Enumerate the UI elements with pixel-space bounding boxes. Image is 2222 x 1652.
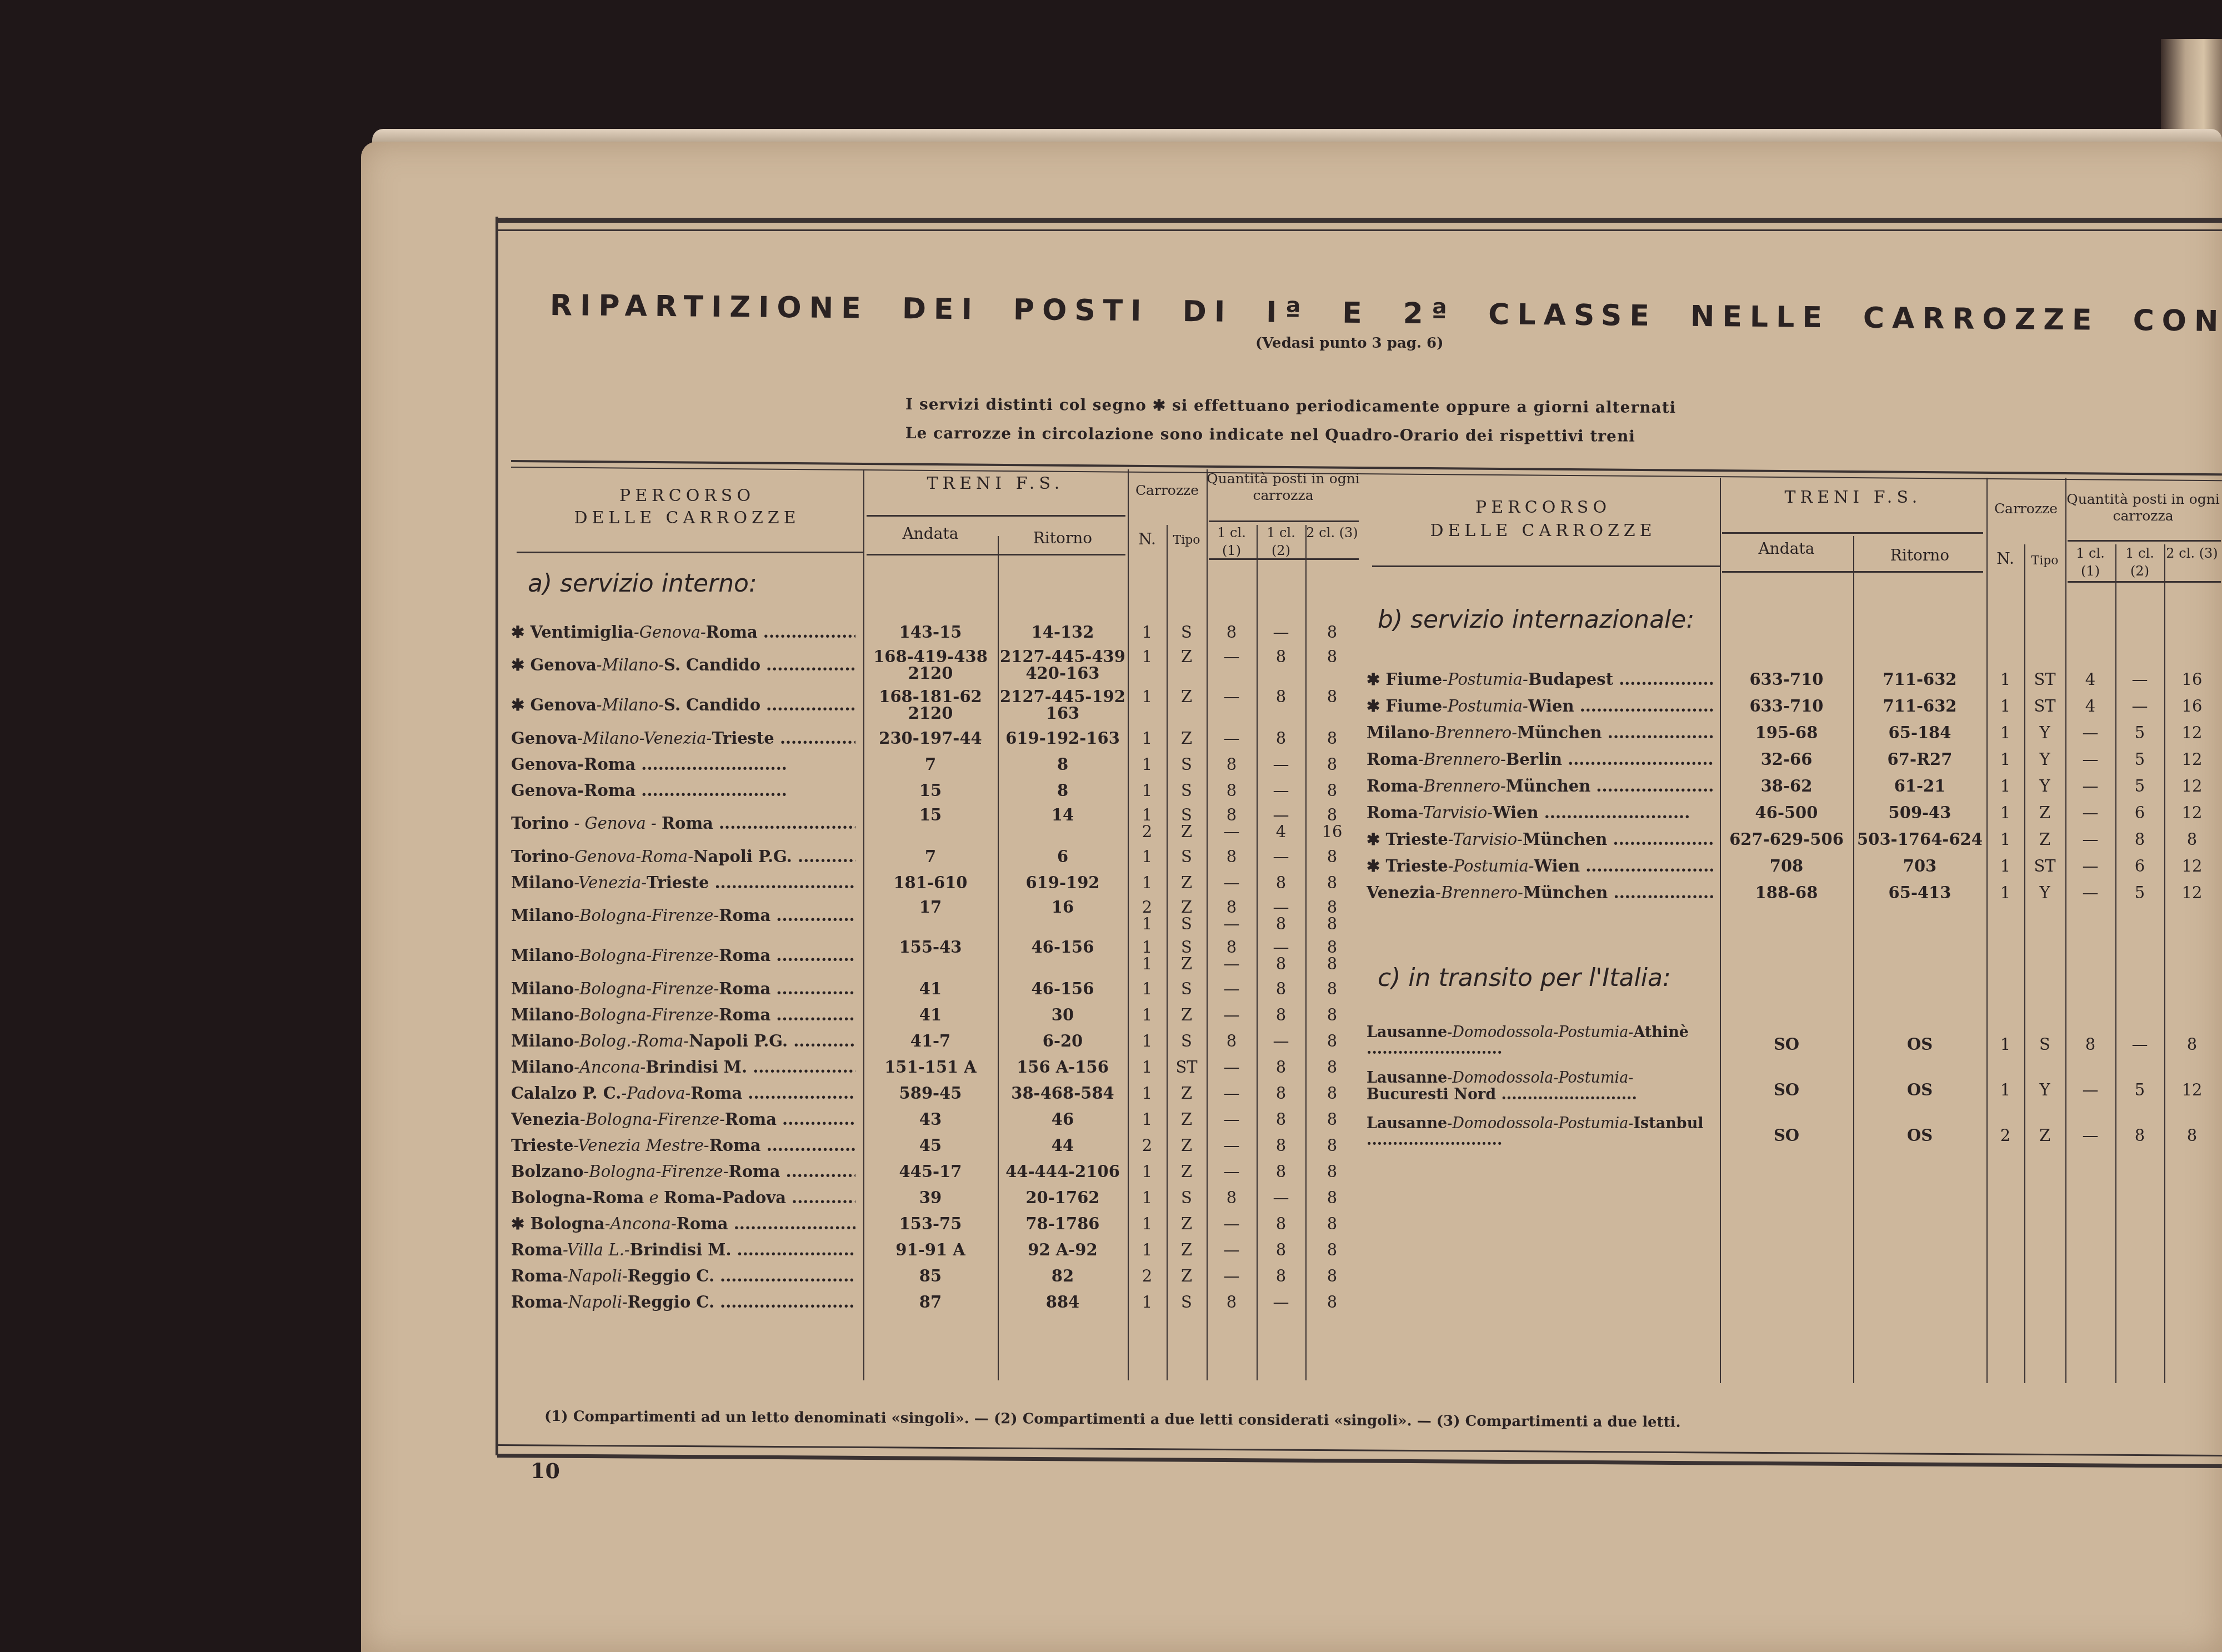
carriage-type-value: Y xyxy=(2039,750,2050,769)
carriage-type-value: Z xyxy=(2039,803,2050,822)
seats-2cl: 8 8 xyxy=(1305,939,1359,972)
carriage-count: 1 xyxy=(1128,648,1167,665)
route-origin: Roma xyxy=(1367,750,1418,769)
seats-1cl-double-single: 8 xyxy=(1257,1005,1305,1024)
route-origin: Roma xyxy=(511,1240,563,1259)
carriage-count-value: 1 xyxy=(2000,1080,2010,1099)
note-circulation: Le carrozze in circolazione sono indicat… xyxy=(905,419,1676,451)
seats-1cl-double-single-value: 8 xyxy=(1276,1084,1286,1103)
train-andata-value: 38-62 xyxy=(1761,777,1813,795)
carriage-type-value: S xyxy=(1181,623,1192,642)
train-ritorno: 14-132 xyxy=(998,623,1128,642)
train-andata-value: 45 xyxy=(919,1136,942,1155)
train-ritorno-value: 503-1764-624 xyxy=(1857,830,1983,849)
header-quantita: Quantità posti in ogni carrozza xyxy=(2065,491,2221,524)
train-ritorno-value: 65-413 xyxy=(1889,883,1951,902)
route-name: ✱ Fiume-Postumia-Budapest ..............… xyxy=(1367,670,1714,689)
section-transito: c) in transito per l'Italia: xyxy=(1378,964,1671,992)
route-origin: Calalzo P. C. xyxy=(511,1084,621,1103)
route-name: Roma-Villa L.-Brindisi M. ..............… xyxy=(511,1240,855,1259)
train-ritorno: 8 xyxy=(998,781,1128,800)
seats-1cl-single: 8 xyxy=(1207,1293,1257,1311)
carriage-count: 1 xyxy=(1986,857,2024,875)
route-name: Lausanne-Domodossola-Postumia-Istanbul .… xyxy=(1367,1115,1714,1157)
periodic-star-icon: ✱ xyxy=(511,695,524,714)
table-row: Torino - Genova - Roma .................… xyxy=(511,804,1361,844)
note-periodic: I servizi distinti col segno ✱ si effett… xyxy=(905,390,1676,422)
table-row: Genova-Milano-Venezia-Trieste ..........… xyxy=(511,725,1361,752)
notes: I servizi distinti col segno ✱ si effett… xyxy=(905,390,1676,451)
route-name: Roma-Napoli-Reggio C. ..................… xyxy=(511,1293,855,1311)
route-destination: Wien xyxy=(1528,697,1574,715)
seats-1cl-double-single: 8 xyxy=(1257,1162,1305,1181)
route-via: -Brennero- xyxy=(1418,777,1506,795)
seats-1cl-double-single: 5 xyxy=(2115,883,2164,902)
route-name: ✱ Trieste-Tarvisio-München .............… xyxy=(1367,830,1714,849)
table-row: ✱ Fiume-Postumia-Budapest ..............… xyxy=(1367,667,2222,693)
seats-1cl-single: — xyxy=(1207,1058,1257,1077)
train-andata: 41-7 xyxy=(863,1032,998,1050)
route-via: -Milano-Venezia- xyxy=(577,729,712,748)
seats-1cl-double-single: — xyxy=(1257,755,1305,774)
seats-1cl-double-single: 8 xyxy=(1257,648,1305,665)
train-andata-value: SO xyxy=(1774,1035,1799,1054)
carriage-type: ST xyxy=(2024,670,2065,689)
seats-1cl-single: — xyxy=(2065,803,2115,822)
train-ritorno-value: OS xyxy=(1907,1126,1933,1145)
seats-1cl-single: 8 — xyxy=(1207,899,1257,932)
route-destination: Roma xyxy=(729,1162,780,1181)
seats-1cl-single-value: — xyxy=(1224,1136,1240,1155)
carriage-type: Z xyxy=(1167,1162,1207,1181)
seats-2cl-value: 16 xyxy=(2182,697,2203,715)
train-ritorno: 44-444-2106 xyxy=(998,1162,1128,1181)
carriage-type-value: S xyxy=(1181,1293,1192,1311)
seats-2cl: 8 xyxy=(1305,1266,1359,1285)
seats-1cl-double-single: 8 xyxy=(1257,729,1305,748)
table-row: ✱ Genova-Milano-S. Candido .............… xyxy=(511,685,1361,725)
seats-1cl-double-single-value: — 4 xyxy=(1273,805,1289,841)
header-ritorno: Ritorno xyxy=(1853,547,1986,564)
route-name: Lausanne-Domodossola-Postumia-Athinè ...… xyxy=(1367,1024,1714,1065)
carriage-count-value: 1 xyxy=(1142,1005,1152,1024)
carriage-type: S xyxy=(1167,781,1207,800)
periodic-star-icon: ✱ xyxy=(511,655,524,674)
seats-2cl: 12 xyxy=(2164,857,2220,875)
route-via: -Padova- xyxy=(621,1084,690,1103)
route-name: Roma-Brennero-München ..................… xyxy=(1367,777,1714,795)
seats-1cl-single: 8 xyxy=(2065,1035,2115,1054)
train-andata-value: 43 xyxy=(919,1110,942,1129)
train-andata: 708 xyxy=(1720,857,1853,875)
route-destination: Bucuresti Nord xyxy=(1367,1086,1496,1103)
seats-1cl-double-single: — xyxy=(1257,1293,1305,1311)
carriage-count-value: 1 xyxy=(1142,1032,1152,1050)
train-ritorno-value: 711-632 xyxy=(1883,697,1956,715)
train-ritorno-value: 711-632 xyxy=(1883,670,1956,689)
route-name: Milano-Bologna-Firenze-Roma ............… xyxy=(511,906,855,925)
train-ritorno: 503-1764-624 xyxy=(1853,830,1986,849)
carriage-type: S Z xyxy=(1167,939,1207,972)
table-row: Genova-Roma ..........................15… xyxy=(511,778,1361,804)
train-ritorno: 711-632 xyxy=(1853,670,1986,689)
route-name: Lausanne-Domodossola-Postumia-Bucuresti … xyxy=(1367,1070,1714,1111)
seats-1cl-single: 8 xyxy=(1207,1188,1257,1207)
carriage-type: Z xyxy=(1167,1136,1207,1155)
seats-1cl-double-single: 8 xyxy=(1257,1110,1305,1129)
train-ritorno: 67-R27 xyxy=(1853,750,1986,769)
header-rule xyxy=(517,552,863,553)
seats-1cl-double-single: 6 xyxy=(2115,857,2164,875)
route-origin: Torino xyxy=(511,847,569,866)
seats-1cl-single: — xyxy=(1207,1266,1257,1285)
carriage-count-value: 1 xyxy=(1142,1214,1152,1233)
col-divider xyxy=(1853,536,1854,1383)
route-origin: Milano xyxy=(511,946,574,965)
seats-2cl-value: 8 xyxy=(1327,1005,1337,1024)
table-row: Roma-Villa L.-Brindisi M. ..............… xyxy=(511,1237,1361,1263)
carriage-count-value: 1 xyxy=(1142,1110,1152,1129)
carriage-count-value: 1 xyxy=(1142,755,1152,774)
header-quantita: Quantità posti in ogni carrozza xyxy=(1207,470,1360,504)
header-rule xyxy=(2068,540,2221,542)
carriage-type: ST xyxy=(2024,697,2065,715)
table-row: Venezia-Bologna-Firenze-Roma ...........… xyxy=(511,1107,1361,1133)
train-ritorno-value: 46-156 xyxy=(1032,979,1094,998)
carriage-count-value: 1 1 xyxy=(1142,938,1152,973)
train-ritorno: 38-468-584 xyxy=(998,1084,1128,1103)
route-origin: Genova xyxy=(530,695,596,714)
route-origin: Genova-Roma xyxy=(511,781,635,800)
route-name: Milano-Bologna-Firenze-Roma ............… xyxy=(511,946,855,965)
train-ritorno-value: 16 xyxy=(1052,898,1074,917)
seats-1cl-single: 8 xyxy=(1207,847,1257,866)
route-origin: Genova xyxy=(511,729,577,748)
seats-1cl-double-single: 5 xyxy=(2115,1080,2164,1099)
carriage-count-value: 1 xyxy=(2000,830,2010,849)
route-origin: Fiume xyxy=(1385,697,1442,715)
seats-1cl-single-value: — xyxy=(2083,857,2099,875)
carriage-type: Z xyxy=(1167,688,1207,705)
seats-1cl-double-single-value: 8 xyxy=(1276,873,1286,892)
train-ritorno: 16 xyxy=(998,899,1128,915)
route-destination: Napoli P.G. xyxy=(693,847,792,866)
seats-1cl-single: — xyxy=(1207,1240,1257,1259)
train-ritorno-value: 38-468-584 xyxy=(1011,1084,1114,1103)
carriage-count: 1 xyxy=(1128,729,1167,748)
seats-1cl-single-value: — xyxy=(2083,723,2099,742)
train-ritorno-value: OS xyxy=(1907,1080,1933,1099)
seats-2cl: 12 xyxy=(2164,750,2220,769)
train-andata: SO xyxy=(1720,1080,1853,1099)
carriage-type-value: Z xyxy=(2039,830,2050,849)
carriage-type-value: S xyxy=(1181,847,1192,866)
train-ritorno-value: 6-20 xyxy=(1043,1032,1083,1050)
seats-2cl-value: 8 xyxy=(1327,1136,1337,1155)
header-rule xyxy=(1209,520,1359,522)
route-origin: Trieste xyxy=(1385,857,1448,875)
carriage-type-value: Z xyxy=(1181,1214,1192,1233)
header-2cl-3: 2 cl. (3) xyxy=(1305,524,1359,542)
periodic-star-icon: ✱ xyxy=(511,623,524,642)
route-destination: S. Candido xyxy=(664,655,760,674)
train-andata: 188-68 xyxy=(1720,883,1853,902)
carriage-type-value: Z xyxy=(1181,1266,1192,1285)
train-andata-value: 7 xyxy=(925,847,936,866)
table-row: Roma-Napoli-Reggio C. ..................… xyxy=(511,1289,1361,1315)
carriage-type-value: Z xyxy=(1181,1110,1192,1129)
route-origin: Milano xyxy=(511,1005,574,1024)
seats-1cl-double-single: — xyxy=(1257,1188,1305,1207)
seats-1cl-single-value: 8 xyxy=(1227,1293,1237,1311)
table-row: Calalzo P. C.-Padova-Roma ..............… xyxy=(511,1080,1361,1107)
seats-2cl: 8 xyxy=(1305,1058,1359,1077)
seats-2cl-value: 12 xyxy=(2182,803,2203,822)
carriage-count: 1 xyxy=(1128,1293,1167,1311)
seats-1cl-single: — xyxy=(1207,873,1257,892)
seats-1cl-double-single-value: — xyxy=(1273,847,1289,866)
train-ritorno-value: OS xyxy=(1907,1035,1933,1054)
carriage-count: 1 xyxy=(1986,697,2024,715)
seats-1cl-double-single-value: 5 xyxy=(2135,750,2145,769)
seats-1cl-double-single: 8 xyxy=(1257,1084,1305,1103)
seats-1cl-single-value: — xyxy=(1224,1058,1240,1077)
seats-2cl-value: 8 xyxy=(1327,781,1337,800)
seats-1cl-single-value: — xyxy=(1224,1110,1240,1129)
train-andata-value: 87 xyxy=(919,1293,942,1311)
carriage-count-value: 1 xyxy=(2000,883,2010,902)
train-andata-value: 627-629-506 xyxy=(1729,830,1844,849)
header-2cl-3: 2 cl. (3) xyxy=(2164,544,2220,562)
seats-1cl-double-single-value: — xyxy=(2132,1035,2148,1054)
train-andata-value: 589-45 xyxy=(899,1084,962,1103)
train-andata: 195-68 xyxy=(1720,723,1853,742)
seats-1cl-single: — xyxy=(2065,830,2115,849)
seats-1cl-double-single: 8 xyxy=(1257,1058,1305,1077)
route-origin: Milano xyxy=(511,873,574,892)
seats-1cl-single-value: 8 xyxy=(1227,1032,1237,1050)
seats-1cl-double-single: — xyxy=(2115,1035,2164,1054)
train-andata: SO xyxy=(1720,1035,1853,1054)
seats-1cl-single-value: — xyxy=(1224,1084,1240,1103)
train-ritorno-value: 156 A-156 xyxy=(1017,1058,1109,1077)
seats-1cl-single-value: — xyxy=(1224,873,1240,892)
carriage-type-value: ST xyxy=(2034,697,2055,715)
carriage-type: Z xyxy=(1167,873,1207,892)
carriage-type-value: Z xyxy=(1181,1136,1192,1155)
train-ritorno: 6 xyxy=(998,847,1128,866)
route-destination: Brindisi M. xyxy=(630,1240,732,1259)
seats-1cl-double-single: 8 xyxy=(1257,1266,1305,1285)
seats-1cl-double-single: — 8 xyxy=(1257,939,1305,972)
carriage-type: S xyxy=(1167,755,1207,774)
carriage-type: S xyxy=(1167,979,1207,998)
train-ritorno: 65-184 xyxy=(1853,723,1986,742)
seats-2cl: 12 xyxy=(2164,883,2220,902)
route-name: Bologna-Roma e Roma-Padova .............… xyxy=(511,1188,855,1207)
seats-1cl-double-single-value: — xyxy=(1273,1188,1289,1207)
seats-2cl: 8 xyxy=(2164,1035,2220,1054)
seats-2cl-value: 8 xyxy=(1327,979,1337,998)
route-destination: Athinè xyxy=(1633,1024,1689,1041)
seats-2cl-value: 8 xyxy=(1327,1032,1337,1050)
seats-1cl-double-single-value: 8 xyxy=(1276,647,1286,666)
seats-1cl-double-single-value: — xyxy=(1273,755,1289,774)
header-rule xyxy=(1372,565,1720,567)
train-ritorno: 703 xyxy=(1853,857,1986,875)
route-destination: Wien xyxy=(1534,857,1580,875)
seats-2cl-value: 8 xyxy=(1327,1240,1337,1259)
seats-2cl: 8 xyxy=(1305,729,1359,748)
seats-1cl-single: — xyxy=(2065,1080,2115,1099)
carriage-type: Z xyxy=(1167,648,1207,665)
train-andata-value: 85 xyxy=(919,1266,942,1285)
seats-1cl-single: — xyxy=(2065,777,2115,795)
header-delle-carrozze: DELLE CARROZZE xyxy=(511,509,863,527)
train-andata-value: 39 xyxy=(919,1188,942,1207)
carriage-count: 1 xyxy=(1986,777,2024,795)
train-andata-value: 15 xyxy=(919,805,942,824)
seats-1cl-double-single: — xyxy=(2115,697,2164,715)
route-name: Roma-Napoli-Reggio C. ..................… xyxy=(511,1266,855,1285)
train-ritorno-value: 8 xyxy=(1057,781,1068,800)
table-row: Roma-Brennero-München ..................… xyxy=(1367,773,2222,800)
carriage-type-value: Z S xyxy=(1181,898,1192,933)
route-destination: Reggio C. xyxy=(628,1266,714,1285)
carriage-count: 1 xyxy=(1128,623,1167,642)
header-andata: Andata xyxy=(863,525,998,543)
carriage-count: 1 xyxy=(1128,688,1167,705)
train-andata: 87 xyxy=(863,1293,998,1311)
seats-2cl: 8 xyxy=(1305,755,1359,774)
seats-2cl: 8 xyxy=(1305,1084,1359,1103)
table-row: Milano-Bologna-Firenze-Roma ............… xyxy=(511,896,1361,936)
route-destination: Trieste xyxy=(647,873,709,892)
route-name: Bolzano-Bologna-Firenze-Roma ...........… xyxy=(511,1162,855,1181)
seats-1cl-single-value: — xyxy=(2083,1080,2099,1099)
train-andata-value: 7 xyxy=(925,755,936,774)
train-andata-value: 181-610 xyxy=(893,873,967,892)
header-1cl-2: 1 cl. (2) xyxy=(2115,544,2164,580)
seats-2cl: 8 xyxy=(1305,873,1359,892)
carriage-count-value: 1 xyxy=(1142,847,1152,866)
carriage-type-value: Z xyxy=(2039,1126,2050,1145)
route-via: -Venezia Mestre- xyxy=(573,1136,709,1155)
train-andata: 41 xyxy=(863,979,998,998)
seats-2cl: 12 xyxy=(2164,777,2220,795)
seats-1cl-single: — xyxy=(1207,1136,1257,1155)
carriage-type-value: Z xyxy=(1181,1084,1192,1103)
carriage-count-value: 1 xyxy=(2000,777,2010,795)
seats-1cl-single-value: 8 — xyxy=(1224,938,1240,973)
route-via: -Bologna-Firenze- xyxy=(580,1110,725,1129)
route-destination: Roma-Padova xyxy=(664,1188,786,1207)
seats-2cl: 8 xyxy=(1305,1032,1359,1050)
seats-1cl-double-single: 8 xyxy=(2115,830,2164,849)
train-andata: 17 xyxy=(863,899,998,915)
seats-1cl-double-single: 5 xyxy=(2115,777,2164,795)
carriage-type: S xyxy=(1167,1032,1207,1050)
seats-1cl-double-single-value: — xyxy=(1273,623,1289,642)
train-andata-value: 32-66 xyxy=(1761,750,1813,769)
train-ritorno: OS xyxy=(1853,1080,1986,1099)
route-destination: Reggio C. xyxy=(628,1293,714,1311)
carriage-type: Y xyxy=(2024,883,2065,902)
carriage-count: 1 xyxy=(1128,873,1167,892)
carriage-count-value: 1 xyxy=(1142,1162,1152,1181)
seats-1cl-double-single-value: 8 xyxy=(1276,1162,1286,1181)
table-row: ✱ Genova-Milano-S. Candido .............… xyxy=(511,645,1361,685)
route-via: -Genova- xyxy=(634,623,706,642)
header-tipo: Tipo xyxy=(1167,532,1207,549)
route-name: Milano-Bologna-Firenze-Roma ............… xyxy=(511,1005,855,1024)
seats-1cl-double-single-value: — xyxy=(1273,1032,1289,1050)
train-andata: 15 xyxy=(863,807,998,823)
seats-1cl-single-value: — xyxy=(2083,750,2099,769)
seats-1cl-single: — xyxy=(1207,688,1257,705)
route-destination: S. Candido xyxy=(664,695,760,714)
seats-2cl: 8 xyxy=(2164,1126,2220,1145)
seats-2cl-value: 8 xyxy=(1327,1214,1337,1233)
train-ritorno: 884 xyxy=(998,1293,1128,1311)
seats-1cl-single-value: 8 xyxy=(1227,1188,1237,1207)
carriage-count-value: 1 2 xyxy=(1142,805,1152,841)
carriage-count: 1 2 xyxy=(1128,807,1167,840)
route-name: Milano-Bolog.-Roma-Napoli P.G. .........… xyxy=(511,1032,855,1050)
header-ritorno: Ritorno xyxy=(998,529,1128,547)
route-origin: Lausanne xyxy=(1367,1115,1447,1132)
route-name: Roma-Tarvisio-Wien .....................… xyxy=(1367,803,1714,822)
carriage-count-value: 2 xyxy=(1142,1136,1152,1155)
route-via: -Villa L.- xyxy=(563,1240,630,1259)
seats-1cl-single-value: — xyxy=(1224,687,1240,706)
section-servizio-internazionale: b) servizio internazionale: xyxy=(1378,605,1694,634)
seats-1cl-double-single: 8 xyxy=(1257,1214,1305,1233)
seats-1cl-double-single: 6 xyxy=(2115,803,2164,822)
train-andata: 633-710 xyxy=(1720,697,1853,715)
seats-1cl-single: — xyxy=(1207,1084,1257,1103)
carriage-count: 2 xyxy=(1128,1136,1167,1155)
seats-1cl-double-single: — xyxy=(1257,781,1305,800)
periodic-star-icon: ✱ xyxy=(1367,857,1380,875)
seats-1cl-single: 8 — xyxy=(1207,939,1257,972)
table-row: Milano-Venezia-Trieste .................… xyxy=(511,870,1361,896)
carriage-type-value: Y xyxy=(2039,777,2050,795)
carriage-type-value: S xyxy=(1181,781,1192,800)
seats-2cl: 8 xyxy=(2164,830,2220,849)
route-via: -Venezia- xyxy=(574,873,647,892)
table-row: Venezia-Brennero-München ...............… xyxy=(1367,880,2222,907)
carriage-count-value: 2 xyxy=(2000,1126,2010,1145)
train-andata-value: 15 xyxy=(919,781,942,800)
route-name: ✱ Genova-Milano-S. Candido .............… xyxy=(511,655,855,674)
route-origin: Milano xyxy=(511,979,574,998)
seats-2cl-value: 8 8 xyxy=(1327,898,1337,933)
seats-2cl: 16 xyxy=(2164,697,2220,715)
carriage-type-value: Y xyxy=(2039,883,2050,902)
table-row: Bologna-Roma e Roma-Padova .............… xyxy=(511,1185,1361,1211)
carriage-count: 1 xyxy=(1986,803,2024,822)
seats-1cl-double-single: 8 xyxy=(1257,979,1305,998)
route-name: Milano-Ancona-Brindisi M. ..............… xyxy=(511,1058,855,1077)
route-via: -Napoli- xyxy=(563,1293,628,1311)
train-ritorno-value: 2127-445-439 420-163 xyxy=(1000,647,1125,683)
train-ritorno: 61-21 xyxy=(1853,777,1986,795)
train-andata: 168-419-438 2120 xyxy=(863,648,998,682)
seats-2cl: 8 xyxy=(1305,1214,1359,1233)
seats-1cl-single: 8 xyxy=(1207,781,1257,800)
seats-2cl-value: 8 xyxy=(1327,1084,1337,1103)
